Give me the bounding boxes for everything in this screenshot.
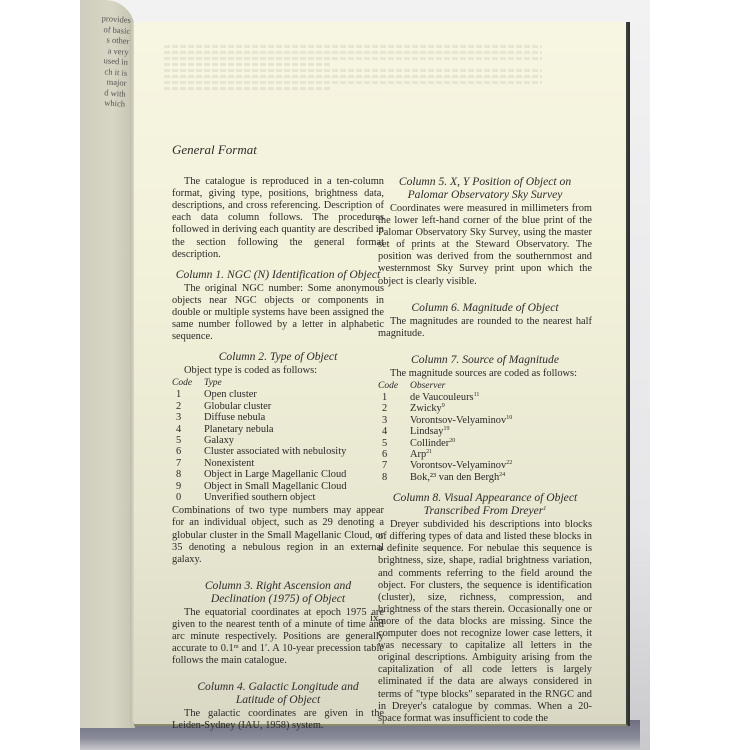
table-row: 2Zwicky9: [378, 403, 592, 414]
reference-number: 9: [442, 403, 445, 409]
table-row: 5Galaxy: [172, 435, 384, 446]
observer-cell: Vorontsov-Velyaminov10: [410, 415, 592, 426]
table-row: 3Diffuse nebula: [172, 412, 384, 423]
type-cell: Planetary nebula: [204, 424, 384, 435]
column3-text: The equatorial coordinates at epoch 1975…: [172, 607, 384, 667]
column5-text: Coordinates were measured in millimeters…: [378, 203, 592, 288]
table-row: 3Vorontsov-Velyaminov10: [378, 415, 592, 426]
left-page-text: providesof basics othera veryused inch i…: [95, 13, 131, 109]
table-row: 6Arp21: [378, 449, 592, 460]
page-number: ix: [370, 612, 379, 624]
magnitude-source-table: Code Observer 1de Vaucouleurs112Zwicky93…: [378, 381, 592, 483]
code-cell: 1: [378, 392, 410, 403]
right-page: General Format The catalogue is reproduc…: [134, 22, 628, 726]
code-cell: 5: [378, 438, 410, 449]
column3-heading: Column 3. Right Ascension and Declinatio…: [172, 579, 384, 605]
type-cell: Open cluster: [204, 389, 384, 400]
type-code-table: Code Type 1Open cluster2Globular cluster…: [172, 378, 384, 503]
type-cell: Nonexistent: [204, 458, 384, 469]
table-row: 8Bok,²³ van den Bergh24: [378, 472, 592, 483]
type-cell: Galaxy: [204, 435, 384, 446]
type-cell: Unverified southern object: [204, 492, 384, 503]
table-row: 1Open cluster: [172, 389, 384, 400]
code-cell: 6: [172, 446, 204, 457]
column2-heading: Column 2. Type of Object: [172, 350, 384, 363]
type-cell: Cluster associated with nebulosity: [204, 446, 384, 457]
column8-heading: Column 8. Visual Appearance of Object Tr…: [378, 491, 592, 517]
column8-text: Dreyer subdivided his descriptions into …: [378, 519, 592, 725]
reference-number: 19: [443, 426, 449, 432]
column6-text: The magnitudes are rounded to the neares…: [378, 316, 592, 340]
observer-cell: Vorontsov-Velyaminov22: [410, 460, 592, 471]
table-row: 9Object in Small Magellanic Cloud: [172, 481, 384, 492]
column7-intro: The magnitude sources are coded as follo…: [378, 368, 592, 380]
reference-number: 20: [449, 438, 455, 444]
type-cell: Globular cluster: [204, 401, 384, 412]
type-cell: Object in Small Magellanic Cloud: [204, 481, 384, 492]
column7-heading: Column 7. Source of Magnitude: [378, 353, 592, 366]
observer-cell: Collinder20: [410, 438, 592, 449]
left-page-line: which: [95, 97, 125, 110]
code-cell: 3: [172, 412, 204, 423]
code-cell: 8: [378, 472, 410, 483]
column4-heading: Column 4. Galactic Longitude and Latitud…: [172, 680, 384, 706]
intro-paragraph: The catalogue is reproduced in a ten-col…: [172, 176, 384, 261]
code-cell: 0: [172, 492, 204, 503]
left-page-edge: providesof basics othera veryused inch i…: [80, 0, 135, 728]
table-row: 4Planetary nebula: [172, 424, 384, 435]
code-cell: 9: [172, 481, 204, 492]
table-row: 5Collinder20: [378, 438, 592, 449]
code-cell: 4: [378, 426, 410, 437]
observer-cell: Zwicky9: [410, 403, 592, 414]
code-header: Code: [172, 378, 204, 389]
code-cell: 7: [378, 460, 410, 471]
observer-cell: Bok,²³ van den Bergh24: [410, 472, 592, 483]
table-row: 2Globular cluster: [172, 401, 384, 412]
reference-number: 22: [506, 460, 512, 466]
code-cell: 7: [172, 458, 204, 469]
table-row: 1de Vaucouleurs11: [378, 392, 592, 403]
type-header: Type: [204, 378, 384, 389]
column4-text: The galactic coordinates are given in th…: [172, 708, 384, 732]
reference-number: 21: [426, 449, 432, 455]
bleed-through-text: [164, 42, 584, 102]
column6-heading: Column 6. Magnitude of Object: [378, 301, 592, 314]
code-cell: 6: [378, 449, 410, 460]
code-header: Code: [378, 381, 410, 392]
observer-cell: Lindsay19: [410, 426, 592, 437]
reference-number: 11: [474, 392, 480, 398]
column5-heading: Column 5. X, Y Position of Object on Pal…: [378, 175, 592, 201]
table-row: 7Nonexistent: [172, 458, 384, 469]
observer-cell: Arp21: [410, 449, 592, 460]
left-column: General Format The catalogue is reproduc…: [172, 144, 384, 740]
observer-cell: de Vaucouleurs11: [410, 392, 592, 403]
type-cell: Object in Large Magellanic Cloud: [204, 469, 384, 480]
code-cell: 2: [378, 403, 410, 414]
table-row: 4Lindsay19: [378, 426, 592, 437]
code-cell: 1: [172, 389, 204, 400]
left-page-line: used in: [98, 55, 128, 68]
table-row: 8Object in Large Magellanic Cloud: [172, 469, 384, 480]
code-cell: 3: [378, 415, 410, 426]
column1-heading: Column 1. NGC (N) Identification of Obje…: [172, 268, 384, 281]
column1-text: The original NGC number: Some anonymous …: [172, 283, 384, 343]
table-row: 6Cluster associated with nebulosity: [172, 446, 384, 457]
right-column: Column 5. X, Y Position of Object on Pal…: [378, 175, 592, 732]
column2-intro: Object type is coded as follows:: [172, 365, 384, 377]
observer-header: Observer: [410, 381, 592, 392]
code-cell: 5: [172, 435, 204, 446]
section-title: General Format: [172, 144, 384, 156]
reference-number: 10: [506, 415, 512, 421]
code-cell: 4: [172, 424, 204, 435]
table-row: 7Vorontsov-Velyaminov22: [378, 460, 592, 471]
code-cell: 2: [172, 401, 204, 412]
type-cell: Diffuse nebula: [204, 412, 384, 423]
column2-after: Combinations of two type numbers may app…: [172, 505, 384, 565]
reference-number: 24: [499, 472, 505, 478]
table-row: 0Unverified southern object: [172, 492, 384, 503]
code-cell: 8: [172, 469, 204, 480]
